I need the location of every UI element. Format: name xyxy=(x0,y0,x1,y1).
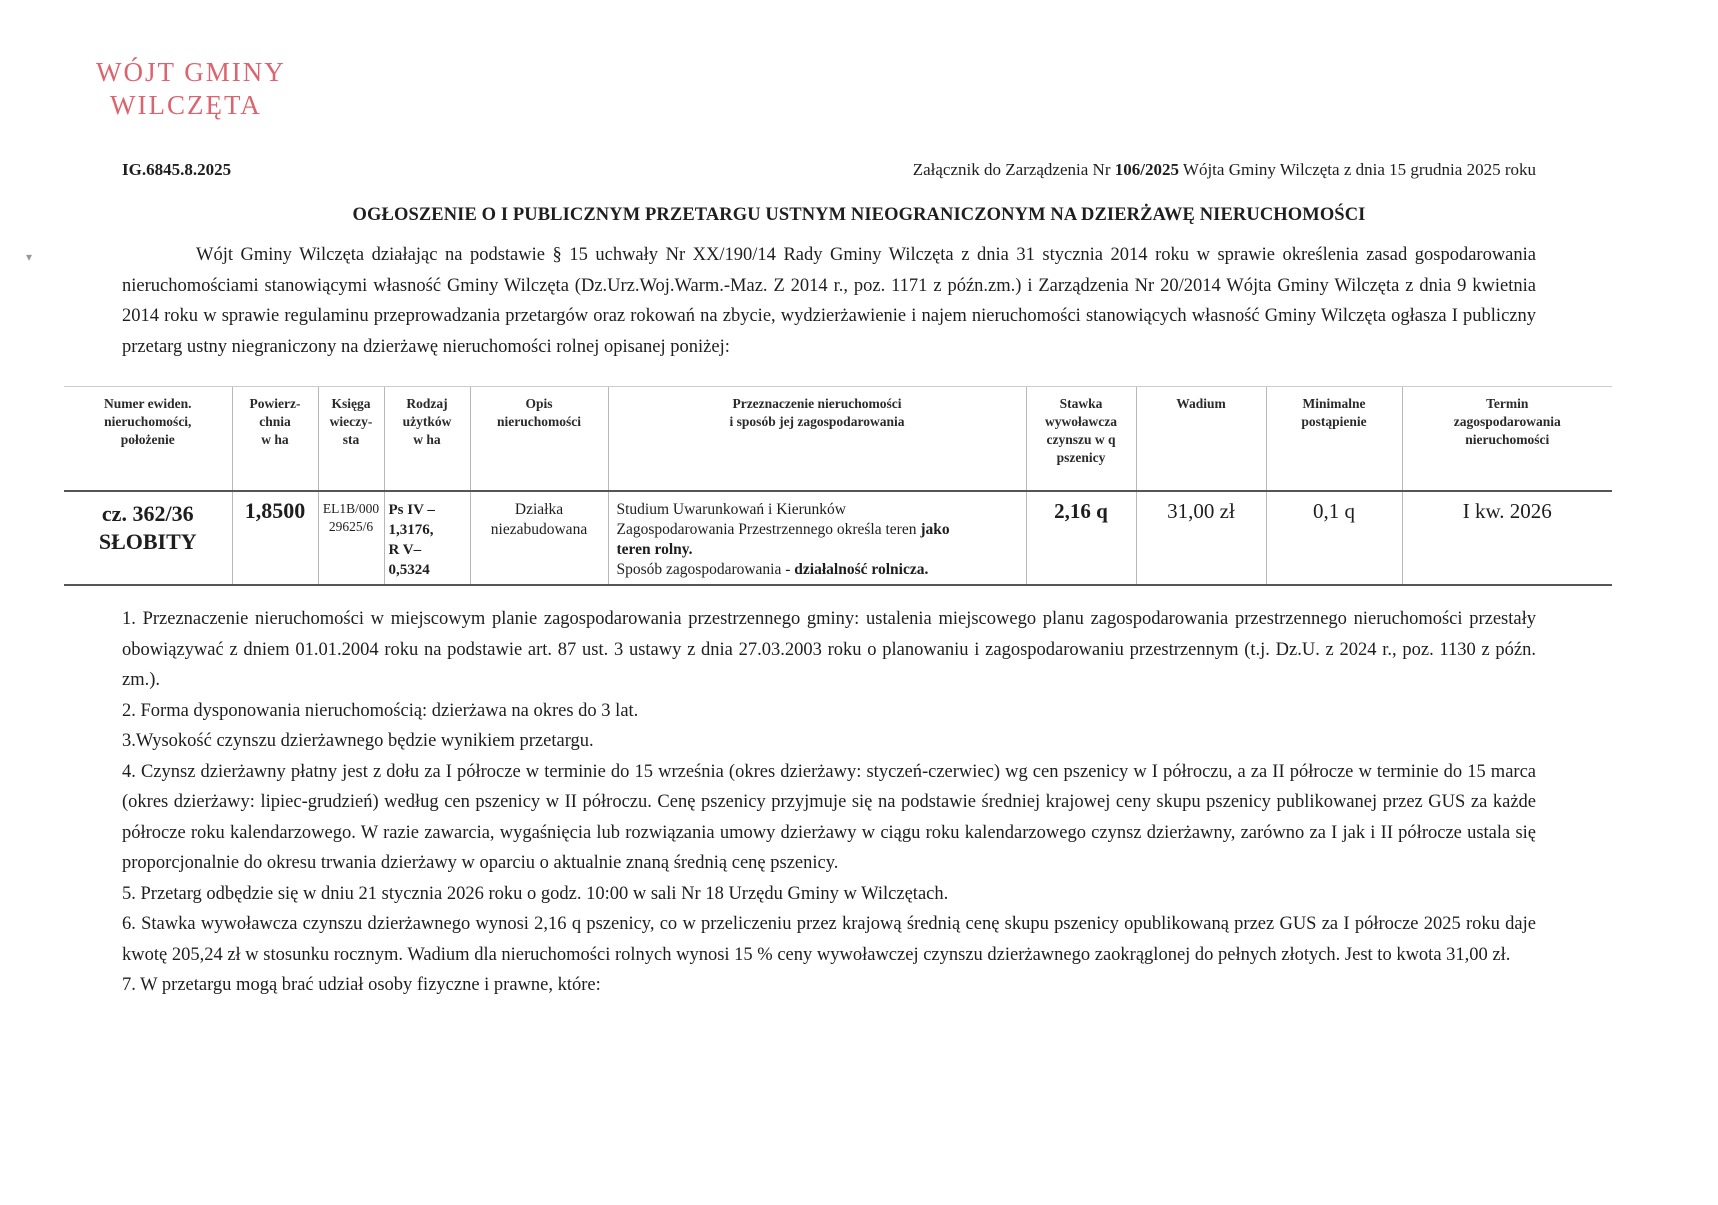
land-register-line: 29625/6 xyxy=(323,518,380,536)
cell-parcel: cz. 362/36 SŁOBITY xyxy=(64,491,232,585)
column-header-line: w ha xyxy=(389,431,466,449)
column-header-line: użytków xyxy=(389,413,466,431)
condition-item: 3.Wysokość czynszu dzierżawnego będzie w… xyxy=(122,726,1536,757)
conditions-list: 1. Przeznaczenie nieruchomości w miejsco… xyxy=(122,604,1536,1001)
column-header-line: Termin xyxy=(1407,395,1609,413)
column-header: Opisnieruchomości xyxy=(470,387,608,492)
column-header-line: nieruchomości, xyxy=(68,413,228,431)
parcel-number: cz. 362/36 xyxy=(68,500,228,528)
column-header-line: Wadium xyxy=(1141,395,1262,413)
column-header: Powierz-chniaw ha xyxy=(232,387,318,492)
purpose-text: Zagospodarowania Przestrzennego określa … xyxy=(617,521,921,538)
parcel-location: SŁOBITY xyxy=(68,528,228,556)
condition-item: 2. Forma dysponowania nieruchomością: dz… xyxy=(122,696,1536,727)
condition-item: 6. Stawka wywoławcza czynszu dzierżawneg… xyxy=(122,909,1536,970)
column-header-line: położenie xyxy=(68,431,228,449)
cell-area: 1,8500 xyxy=(232,491,318,585)
column-header: Przeznaczenie nieruchomościi sposób jej … xyxy=(608,387,1026,492)
column-header-line: Stawka xyxy=(1031,395,1132,413)
stamp-line-1: WÓJT GMINY xyxy=(96,56,286,89)
scan-mark: ▾ xyxy=(26,250,32,265)
column-header: Rodzajużytkóww ha xyxy=(384,387,470,492)
column-header-line: wieczy- xyxy=(323,413,380,431)
land-use-line: Ps IV – xyxy=(389,500,466,520)
annex-note: Załącznik do Zarządzenia Nr 106/2025 Wój… xyxy=(913,160,1536,180)
column-header-line: postąpienie xyxy=(1271,413,1398,431)
purpose-bold: jako xyxy=(920,521,949,538)
column-header: Terminzagospodarowanianieruchomości xyxy=(1402,387,1612,492)
property-table: Numer ewiden.nieruchomości,położeniePowi… xyxy=(64,386,1612,586)
purpose-bold: teren rolny. xyxy=(617,541,693,558)
column-header-line: w ha xyxy=(237,431,314,449)
column-header-line: i sposób jej zagospodarowania xyxy=(613,413,1022,431)
cell-deposit: 31,00 zł xyxy=(1136,491,1266,585)
land-register-line: EL1B/000 xyxy=(323,500,380,518)
land-use-line: 0,5324 xyxy=(389,560,466,580)
intro-paragraph: Wójt Gminy Wilczęta działając na podstaw… xyxy=(122,240,1536,362)
land-use-line: R V– xyxy=(389,540,466,560)
cell-starting-rate: 2,16 q xyxy=(1026,491,1136,585)
description-line: Działka xyxy=(475,500,604,520)
condition-item: 5. Przetarg odbędzie się w dniu 21 stycz… xyxy=(122,879,1536,910)
document-title: OGŁOSZENIE O I PUBLICZNYM PRZETARGU USTN… xyxy=(0,205,1718,226)
condition-item: 1. Przeznaczenie nieruchomości w miejsco… xyxy=(122,604,1536,696)
purpose-bold: działalność rolnicza. xyxy=(794,561,928,578)
purpose-text: Sposób zagospodarowania - xyxy=(617,561,795,578)
stamp-line-2: WILCZĘTA xyxy=(96,89,286,122)
column-header-line: Powierz- xyxy=(237,395,314,413)
column-header-line: nieruchomości xyxy=(475,413,604,431)
column-header-line: pszenicy xyxy=(1031,449,1132,467)
column-header: Księgawieczy-sta xyxy=(318,387,384,492)
annex-prefix: Załącznik do Zarządzenia Nr xyxy=(913,160,1115,179)
column-header: Numer ewiden.nieruchomości,położenie xyxy=(64,387,232,492)
cell-description: Działka niezabudowana xyxy=(470,491,608,585)
purpose-line: teren rolny. xyxy=(617,540,1022,560)
land-use-line: 1,3176, xyxy=(389,520,466,540)
cell-land-use: Ps IV – 1,3176, R V– 0,5324 xyxy=(384,491,470,585)
document-reference: IG.6845.8.2025 xyxy=(122,160,231,180)
column-header-line: czynszu w q xyxy=(1031,431,1132,449)
column-header-line: Przeznaczenie nieruchomości xyxy=(613,395,1022,413)
column-header-line: zagospodarowania xyxy=(1407,413,1609,431)
table-row: cz. 362/36 SŁOBITY 1,8500 EL1B/000 29625… xyxy=(64,491,1612,585)
description-line: niezabudowana xyxy=(475,520,604,540)
purpose-line: Studium Uwarunkowań i Kierunków xyxy=(617,500,1022,520)
annex-number: 106/2025 xyxy=(1115,160,1179,179)
condition-item: 4. Czynsz dzierżawny płatny jest z dołu … xyxy=(122,757,1536,879)
official-stamp: WÓJT GMINY WILCZĘTA xyxy=(96,56,286,122)
purpose-line: Sposób zagospodarowania - działalność ro… xyxy=(617,560,1022,580)
column-header: Wadium xyxy=(1136,387,1266,492)
column-header-line: wywoławcza xyxy=(1031,413,1132,431)
column-header-line: sta xyxy=(323,431,380,449)
table-header-row: Numer ewiden.nieruchomości,położeniePowi… xyxy=(64,387,1612,492)
cell-min-increment: 0,1 q xyxy=(1266,491,1402,585)
cell-purpose: Studium Uwarunkowań i Kierunków Zagospod… xyxy=(608,491,1026,585)
column-header-line: Księga xyxy=(323,395,380,413)
column-header-line: Numer ewiden. xyxy=(68,395,228,413)
column-header-line: Minimalne xyxy=(1271,395,1398,413)
purpose-line: Zagospodarowania Przestrzennego określa … xyxy=(617,520,1022,540)
cell-land-register: EL1B/000 29625/6 xyxy=(318,491,384,585)
column-header-line: Opis xyxy=(475,395,604,413)
annex-suffix: Wójta Gminy Wilczęta z dnia 15 grudnia 2… xyxy=(1179,160,1536,179)
column-header-line: nieruchomości xyxy=(1407,431,1609,449)
condition-item: 7. W przetargu mogą brać udział osoby fi… xyxy=(122,970,1536,1001)
column-header: Stawkawywoławczaczynszu w qpszenicy xyxy=(1026,387,1136,492)
column-header: Minimalnepostąpienie xyxy=(1266,387,1402,492)
column-header-line: Rodzaj xyxy=(389,395,466,413)
cell-term: I kw. 2026 xyxy=(1402,491,1612,585)
column-header-line: chnia xyxy=(237,413,314,431)
